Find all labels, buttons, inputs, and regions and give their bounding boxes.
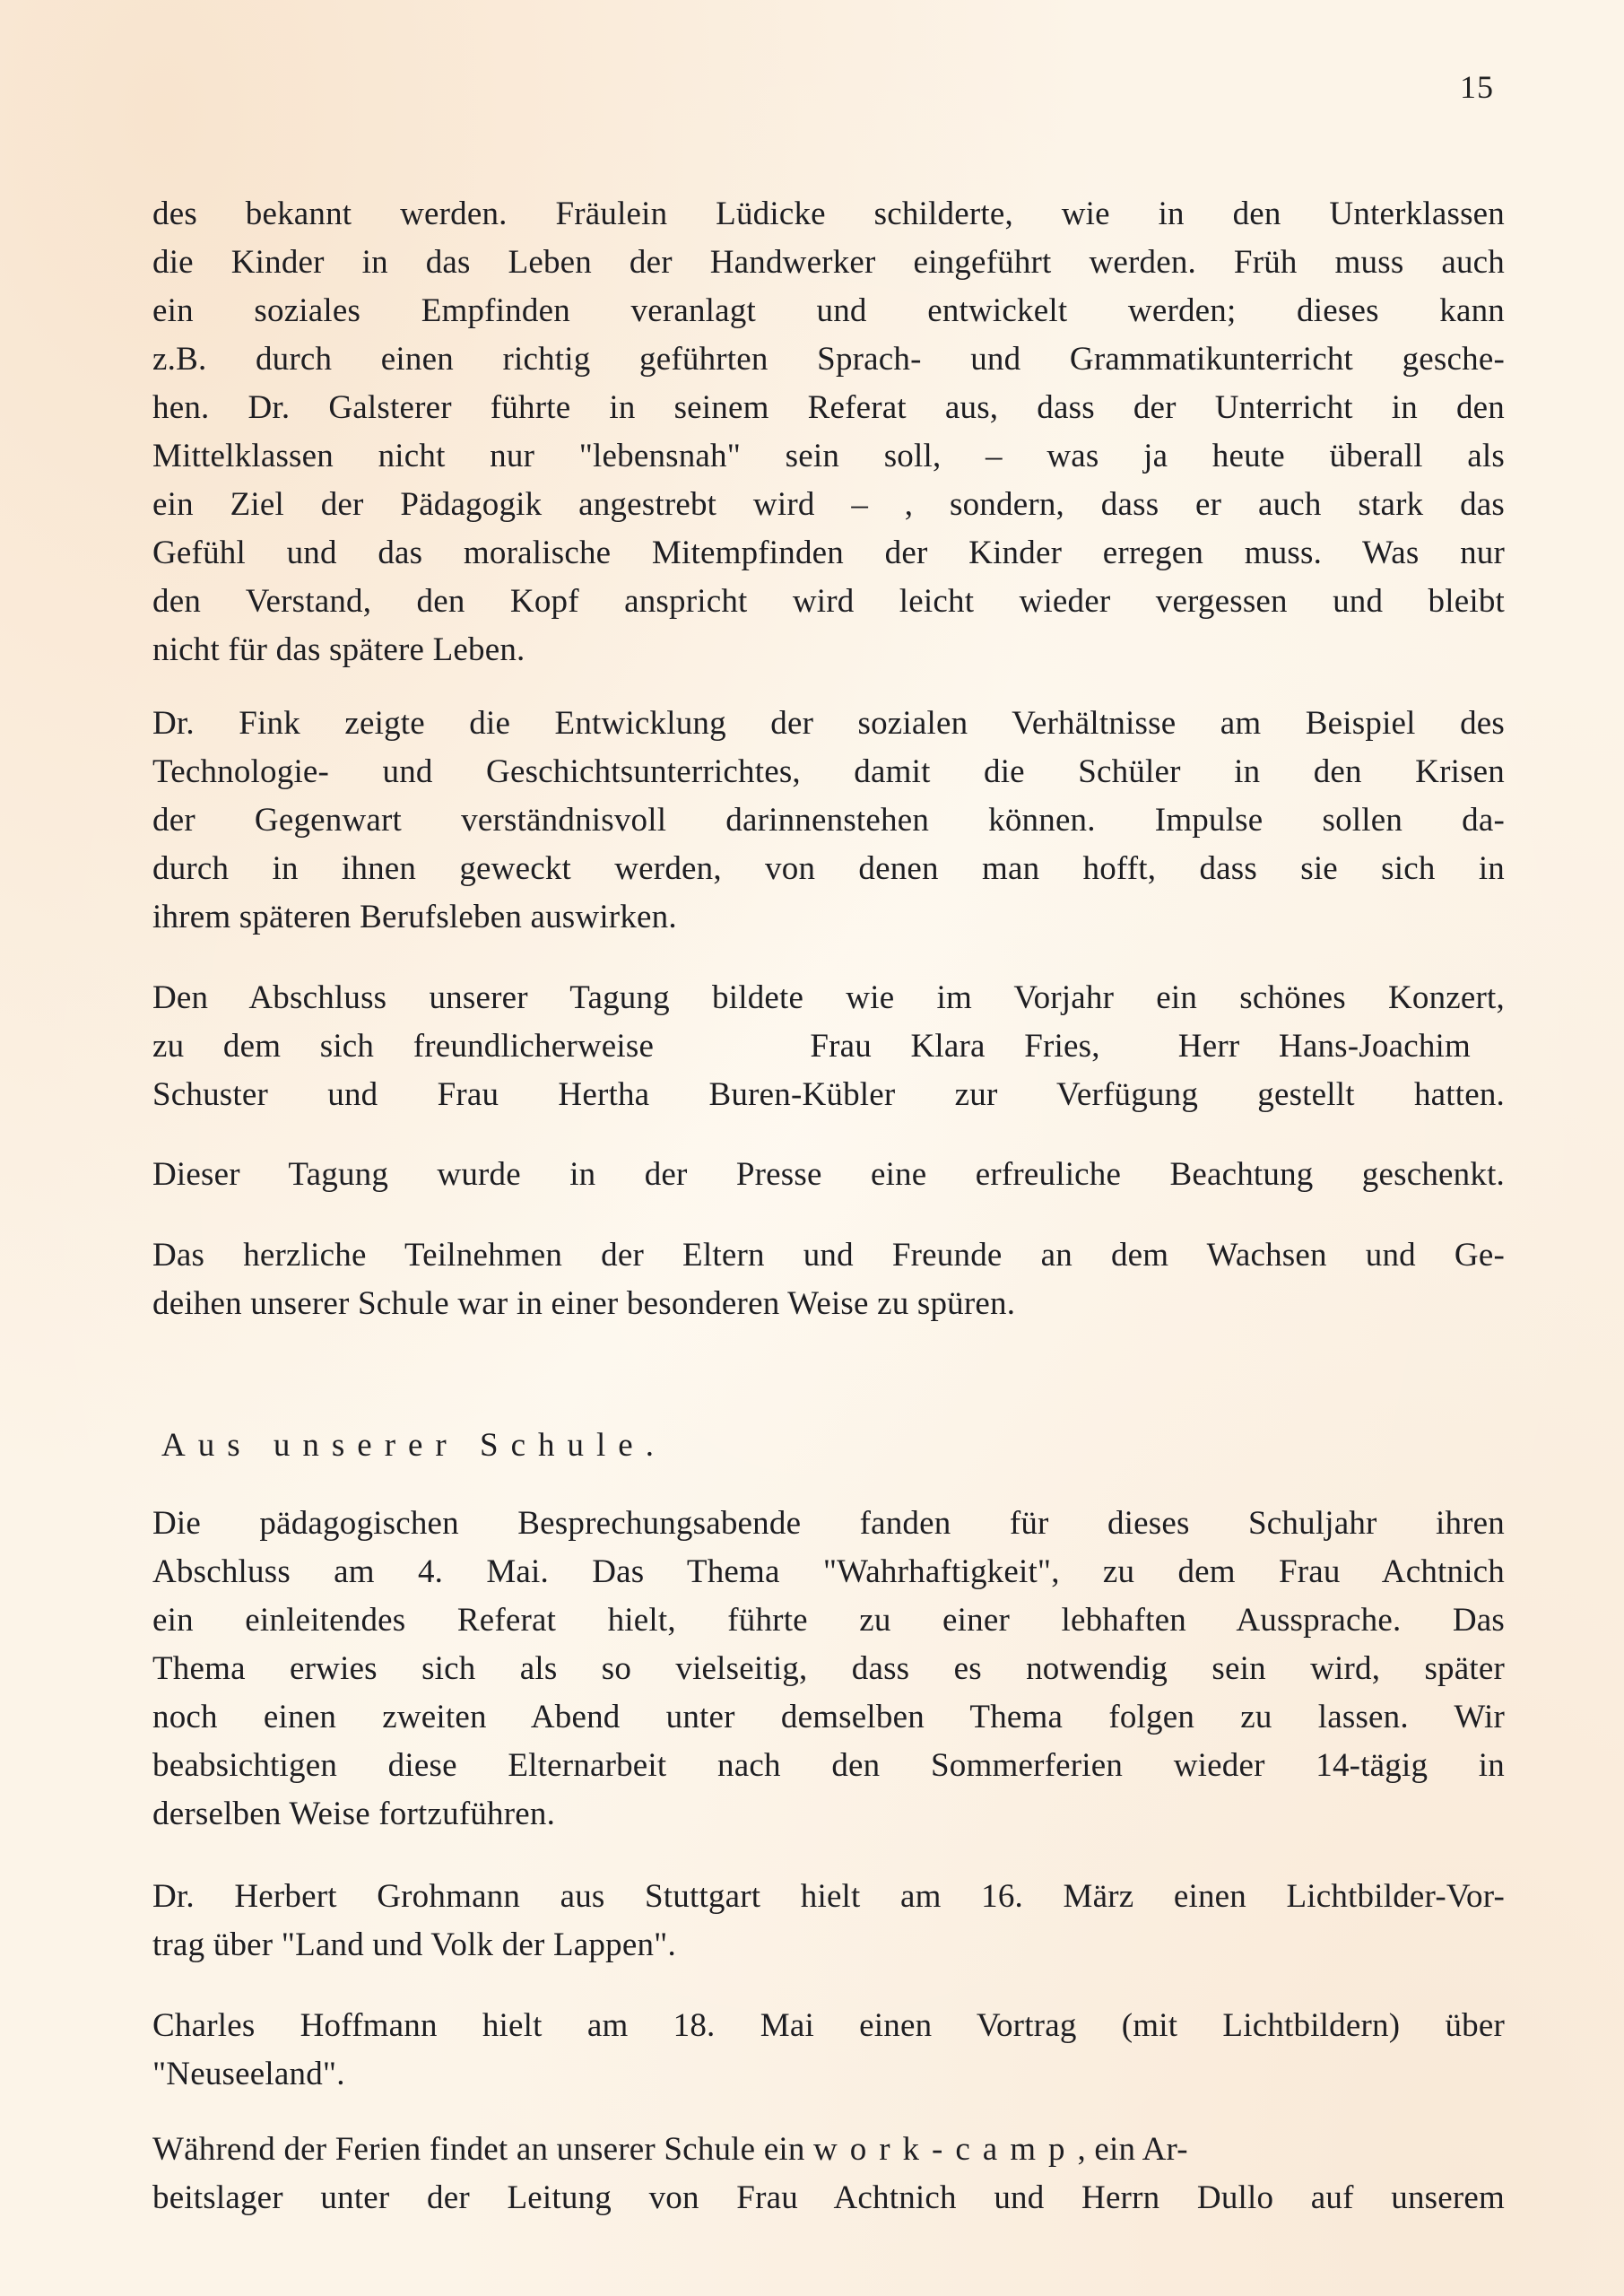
paragraph-teachers-reports: des bekannt werden. Fräulein Lüdicke sch… (152, 190, 1505, 674)
page-number: 15 (1460, 68, 1494, 106)
text-line: deihen unserer Schule war in einer beson… (152, 1280, 1505, 1328)
paragraph-parents: Das herzliche Teilnehmen der Eltern und … (152, 1231, 1505, 1328)
text-line: Den Abschluss unserer Tagung bildete wie… (152, 974, 1505, 1022)
document-page: 15 des bekannt werden. Fräulein Lüdicke … (0, 0, 1624, 2296)
text-line: trag über "Land und Volk der Lappen". (152, 1921, 1505, 1970)
paragraph-concert: Den Abschluss unserer Tagung bildete wie… (152, 974, 1505, 1119)
text-line: den Verstand, den Kopf anspricht wird le… (152, 578, 1505, 626)
paragraph-discussion-evenings: Die pädagogischen Besprechungsabende fan… (152, 1500, 1505, 1839)
text-segment: , ein Ar- (1077, 2131, 1187, 2168)
text-line: Während der Ferien findet an unserer Sch… (152, 2126, 1505, 2174)
text-line: Gefühl und das moralische Mitempfinden d… (152, 529, 1505, 578)
text-line: derselben Weise fortzuführen. (152, 1790, 1505, 1839)
text-line: hen. Dr. Galsterer führte in seinem Refe… (152, 384, 1505, 432)
text-line: ihrem späteren Berufsleben auswirken. (152, 893, 1505, 942)
text-segment: Während der Ferien findet an unserer Sch… (152, 2131, 805, 2168)
text-line: Dr. Herbert Grohmann aus Stuttgart hielt… (152, 1873, 1505, 1921)
text-line: Technologie- und Geschichtsunterrichtes,… (152, 748, 1505, 796)
text-line: zu dem sich freundlicherweise Frau Klara… (152, 1022, 1471, 1071)
text-line: der Gegenwart verständnisvoll darinnenst… (152, 796, 1505, 845)
text-line: Dieser Tagung wurde in der Presse eine e… (152, 1151, 1505, 1199)
text-line: ein soziales Empfinden veranlagt und ent… (152, 287, 1505, 335)
text-line: beabsichtigen diese Elternarbeit nach de… (152, 1742, 1505, 1790)
text-line: z.B. durch einen richtig geführten Sprac… (152, 335, 1505, 384)
text-line: Abschluss am 4. Mai. Das Thema "Wahrhaft… (152, 1548, 1505, 1596)
text-line: ein einleitendes Referat hielt, führte z… (152, 1596, 1505, 1645)
text-line: des bekannt werden. Fräulein Lüdicke sch… (152, 190, 1505, 239)
text-line: Die pädagogischen Besprechungsabende fan… (152, 1500, 1505, 1548)
paragraph-dr-fink: Dr. Fink zeigte die Entwicklung der sozi… (152, 700, 1505, 942)
emphasized-term: work-camp (813, 2131, 1078, 2168)
text-line: Thema erwies sich als so vielseitig, das… (152, 1645, 1505, 1693)
text-line: nicht für das spätere Leben. (152, 626, 1505, 674)
text-line: Charles Hoffmann hielt am 18. Mai einen … (152, 2002, 1505, 2050)
paragraph-grohmann-lecture: Dr. Herbert Grohmann aus Stuttgart hielt… (152, 1873, 1505, 1970)
text-line: ein Ziel der Pädagogik angestrebt wird –… (152, 481, 1505, 529)
text-line: durch in ihnen geweckt werden, von denen… (152, 845, 1505, 893)
text-line: die Kinder in das Leben der Handwerker e… (152, 239, 1505, 287)
text-line: beitslager unter der Leitung von Frau Ac… (152, 2174, 1505, 2222)
paragraph-work-camp: Während der Ferien findet an unserer Sch… (152, 2126, 1505, 2222)
paragraph-hoffmann-lecture: Charles Hoffmann hielt am 18. Mai einen … (152, 2002, 1505, 2099)
section-heading: Aus unserer Schule. (161, 1426, 666, 1465)
text-line: Das herzliche Teilnehmen der Eltern und … (152, 1231, 1505, 1280)
paragraph-press: Dieser Tagung wurde in der Presse eine e… (152, 1151, 1505, 1199)
text-line: Dr. Fink zeigte die Entwicklung der sozi… (152, 700, 1505, 748)
text-line: noch einen zweiten Abend unter demselben… (152, 1693, 1505, 1742)
text-line: Mittelklassen nicht nur "lebensnah" sein… (152, 432, 1505, 481)
text-line: "Neuseeland". (152, 2050, 1505, 2099)
text-line: Schuster und Frau Hertha Buren-Kübler zu… (152, 1071, 1505, 1119)
